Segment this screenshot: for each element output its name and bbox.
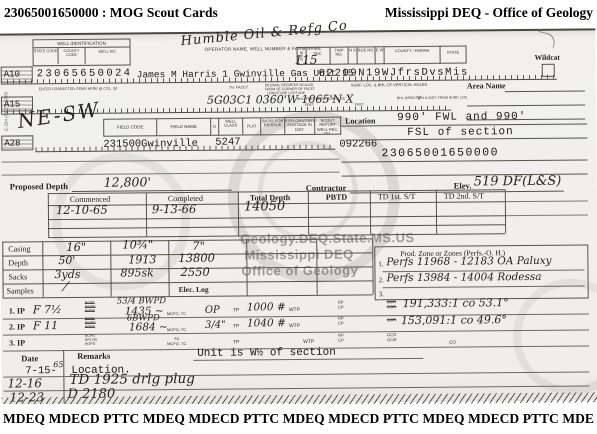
ew-col: E W xyxy=(376,46,385,64)
footer-item: PTTC xyxy=(103,411,139,427)
state-col: STATE xyxy=(441,46,467,64)
ip2-label: 2. IP xyxy=(9,322,25,331)
proposed-depth-value: 12,800' xyxy=(104,174,151,189)
area-name-line1 xyxy=(505,90,585,92)
ct-depth-2: 1913 xyxy=(128,253,156,266)
agency-title: Mississippi DEQ - Office of Geology xyxy=(385,5,593,21)
state-code-label: STATE CODE xyxy=(34,48,59,64)
bhl-direction-label: BHL DIRECTION & DIST. FROM SURF. LOC. xyxy=(397,96,468,101)
ip3-gcr-label: GCR GOR xyxy=(387,332,397,343)
ct-samples-mark: ⁄ xyxy=(65,280,67,295)
location-column-headers: ZONE SEC. TWP NO. N S RGE NO. E W COUNTY… xyxy=(297,46,467,65)
footer-item: MDECD xyxy=(188,411,239,427)
ct-casing-2: 10¾" xyxy=(122,237,153,251)
plat-col: PLAT xyxy=(243,117,261,135)
footer-item: MDECD xyxy=(49,411,100,427)
ip2-gcr-value: 153,091:1 co 49.6° xyxy=(401,313,507,327)
ip1-tp-value: 1000 # xyxy=(247,301,286,313)
ip3-tp-label: TP xyxy=(233,340,239,346)
ct-line4 xyxy=(3,294,373,298)
county-code-label: COUNTY CODE xyxy=(59,48,86,64)
ip2-rpcp-label: RP CP xyxy=(338,316,344,327)
ct-row-samples: Samples xyxy=(7,286,34,295)
area-name-label: Area Name xyxy=(467,81,506,90)
facet-label: 7½' FACET xyxy=(229,85,248,89)
pen-mark xyxy=(535,31,557,48)
wildcat-label: Wildcat xyxy=(535,53,560,62)
footer-item: PTTC xyxy=(383,411,419,427)
remark2-date: 12-16 xyxy=(7,376,42,390)
footer-item: MDEQ xyxy=(143,411,185,427)
ip3-wtp-label: WTP xyxy=(303,339,314,345)
ip1-choke: OP xyxy=(205,305,220,316)
footer-item: MDECD xyxy=(328,411,379,427)
prod-zone-1: Perfs 11968 - 12183 OA Paluxy xyxy=(386,255,551,268)
ip3-label: 3. IP xyxy=(9,338,25,347)
ct-sacks-1: 3yds xyxy=(54,268,80,281)
elev-value: 519 DF(L&S) xyxy=(474,174,562,190)
location-line2: FSL of section xyxy=(407,126,514,139)
date-col-label: Date xyxy=(21,353,38,363)
enter-corrected-label: ENTER CORRECTED ITEMS HERE @ COL. 30 xyxy=(39,87,117,92)
ct-v1 xyxy=(42,241,43,297)
ip2-units: BCPD BWPD BOPD xyxy=(85,317,96,329)
field-code-col: FIELD CODE xyxy=(103,118,157,136)
a15-handwritten: 5G03C1 0360'W 1065'N X xyxy=(207,93,354,107)
ip1-tp-label: TP xyxy=(233,308,239,314)
footer-item: PTTC xyxy=(523,411,559,427)
ip2-mcfg-label: MCFG; TC xyxy=(167,327,186,332)
ip2-wtp-label: WTP xyxy=(289,323,300,329)
dt-ext-line1 xyxy=(505,200,588,202)
footer-item: MDECD xyxy=(468,411,519,427)
dt-h-pbtd: PBTD xyxy=(326,193,347,202)
ct-row-sacks: Sacks xyxy=(8,272,27,281)
proposed-depth-label: Proposed Depth xyxy=(10,181,68,192)
dt-ext-line2 xyxy=(505,214,588,216)
api-number: 23065001650000 xyxy=(381,146,499,160)
ct-row-depth: Depth xyxy=(8,258,28,267)
ip2-tp-label: TP xyxy=(233,324,239,330)
ip2-mcf-value: 1684 ~ xyxy=(129,321,168,333)
location-line1: 990' FWL and 990' xyxy=(397,111,526,124)
a15-y-label: Y xyxy=(417,96,421,102)
well-no-label: WELL NO. xyxy=(86,47,130,63)
footer-item: MDEQ xyxy=(3,411,45,427)
decimal-degrees-label: DECIMAL DEGREES SCALED FROM SE CORNER OF… xyxy=(265,83,315,91)
ip3-rpcp-label: RP CP xyxy=(338,333,344,344)
scan-area: Geology.DEQ.State.MS.US Mississippi DEQ … xyxy=(0,28,597,404)
prod-zone-2: Perfs 13984 - 14004 Rodessa xyxy=(386,271,541,284)
ip1-mcfg-label: MCFG; TC xyxy=(167,311,186,316)
prod-zone-3-num: 3. xyxy=(379,290,384,298)
ct-depth-3: 13800 xyxy=(178,251,215,265)
dt-h-td2: TD 2nd. S/T xyxy=(444,191,484,200)
reissue-col: BASIS FOR REISSUE xyxy=(261,117,285,135)
footage-col: EXPLORATORY FOOTAGE IN DIST. xyxy=(285,117,315,135)
ns-col: N S xyxy=(349,46,358,64)
remark2-text: TD 1925 drlg plug xyxy=(69,371,195,388)
watermark-line3: Office of Geology xyxy=(241,262,358,278)
well-identification-box: WELL IDENTIFICATION STATE CODE COUNTY CO… xyxy=(32,38,130,66)
ip1-wtp-label: WTP xyxy=(289,307,300,313)
scout-card: Geology.DEQ.State.MS.US Mississippi DEQ … xyxy=(0,28,597,405)
ip1-label: 1. IP xyxy=(9,306,25,315)
dt-total-depth-value: 14050 xyxy=(244,199,285,214)
location-underline2 xyxy=(345,137,587,140)
ip1-rpcp-label: RP CP xyxy=(338,300,344,311)
footer-item: MDEQ xyxy=(423,411,465,427)
ip3-co-label: CO xyxy=(449,340,456,345)
d-col: D xyxy=(211,118,219,136)
ct-sacks-2: 895sk xyxy=(120,266,153,279)
well-class-col: WELL CLASS xyxy=(219,117,243,135)
page-title: 23065001650000 : MOG Scout Cards xyxy=(4,5,218,21)
ip1-hw: F 7½ xyxy=(33,303,62,316)
ip1-gcr-label: GCR GOR xyxy=(387,299,397,310)
ct-row-casing: Casing xyxy=(8,244,30,253)
ip3-mcfg-label: SV MCFG; TC xyxy=(167,336,186,347)
surf-loc-label: SURF. LOC. & BHL OF VERTICAL HOLES xyxy=(351,82,427,88)
ip1-gcr-value: 191,333:1 co 53.1° xyxy=(403,296,509,310)
footer-item: MDEQ xyxy=(283,411,325,427)
dt-commenced-value: 12-10-65 xyxy=(56,203,108,217)
area-name-line2 xyxy=(467,104,585,106)
row-a28-label: A28 xyxy=(1,135,33,150)
dt-completed-value: 9-13-66 xyxy=(152,202,196,216)
field-name-col: FIELD NAME xyxy=(157,118,211,136)
ip1-units: BCPD BWPD BOPD xyxy=(85,301,96,313)
ct-v0 xyxy=(2,242,3,298)
dt-v6 xyxy=(505,189,506,233)
ip3-units: BCPD BPLOD BOPD xyxy=(85,334,97,346)
remark1-date-sup: 65 xyxy=(53,360,63,369)
ip2-choke: 3/4" xyxy=(205,320,226,331)
ct-casing-1: 16" xyxy=(66,240,86,254)
mog-scout-card-page: { "header": { "title_left": "23065001650… xyxy=(0,0,597,434)
rge-col: RGE NO. xyxy=(358,46,376,64)
prod-zone-2-num: 2. xyxy=(379,276,384,284)
dt-h-td1: TD 1st. S/T xyxy=(378,192,416,201)
ip2-gcr-label: GCR xyxy=(387,317,396,322)
ct-depth-1: 50' xyxy=(58,254,75,267)
watermark-line2: Mississippi DEQ xyxy=(244,247,354,263)
dt-v5 xyxy=(436,190,437,234)
ip2-tp-value: 1040 # xyxy=(247,317,286,329)
a10-farm-annotation: 115 xyxy=(295,53,318,67)
prod-zone-1-num: 1. xyxy=(378,260,383,268)
location-label: Location xyxy=(345,116,375,125)
remarks-col-label: Remarks xyxy=(77,351,110,361)
footer-bar: MDEQ MDECD PTTC MDEQ MDECD PTTC MDEQ MDE… xyxy=(0,404,597,434)
elec-log-label: Elec. Log xyxy=(179,285,209,294)
footer-item: MDE xyxy=(562,411,594,427)
twp-col: TWP NO. xyxy=(331,47,349,65)
ip2-hw: F 11 xyxy=(33,319,58,332)
field-column-headers: FIELD CODE FIELD NAME D WELL CLASS PLAT … xyxy=(103,117,341,137)
ct-sacks-3: 2550 xyxy=(180,265,209,279)
dt-v0 xyxy=(48,193,49,237)
footer-item: PTTC xyxy=(243,411,279,427)
county-parish-col: COUNTY / PARISH xyxy=(385,46,441,64)
scout-report-col: SCOUT REPORT WELL REC. NO. xyxy=(315,117,341,135)
